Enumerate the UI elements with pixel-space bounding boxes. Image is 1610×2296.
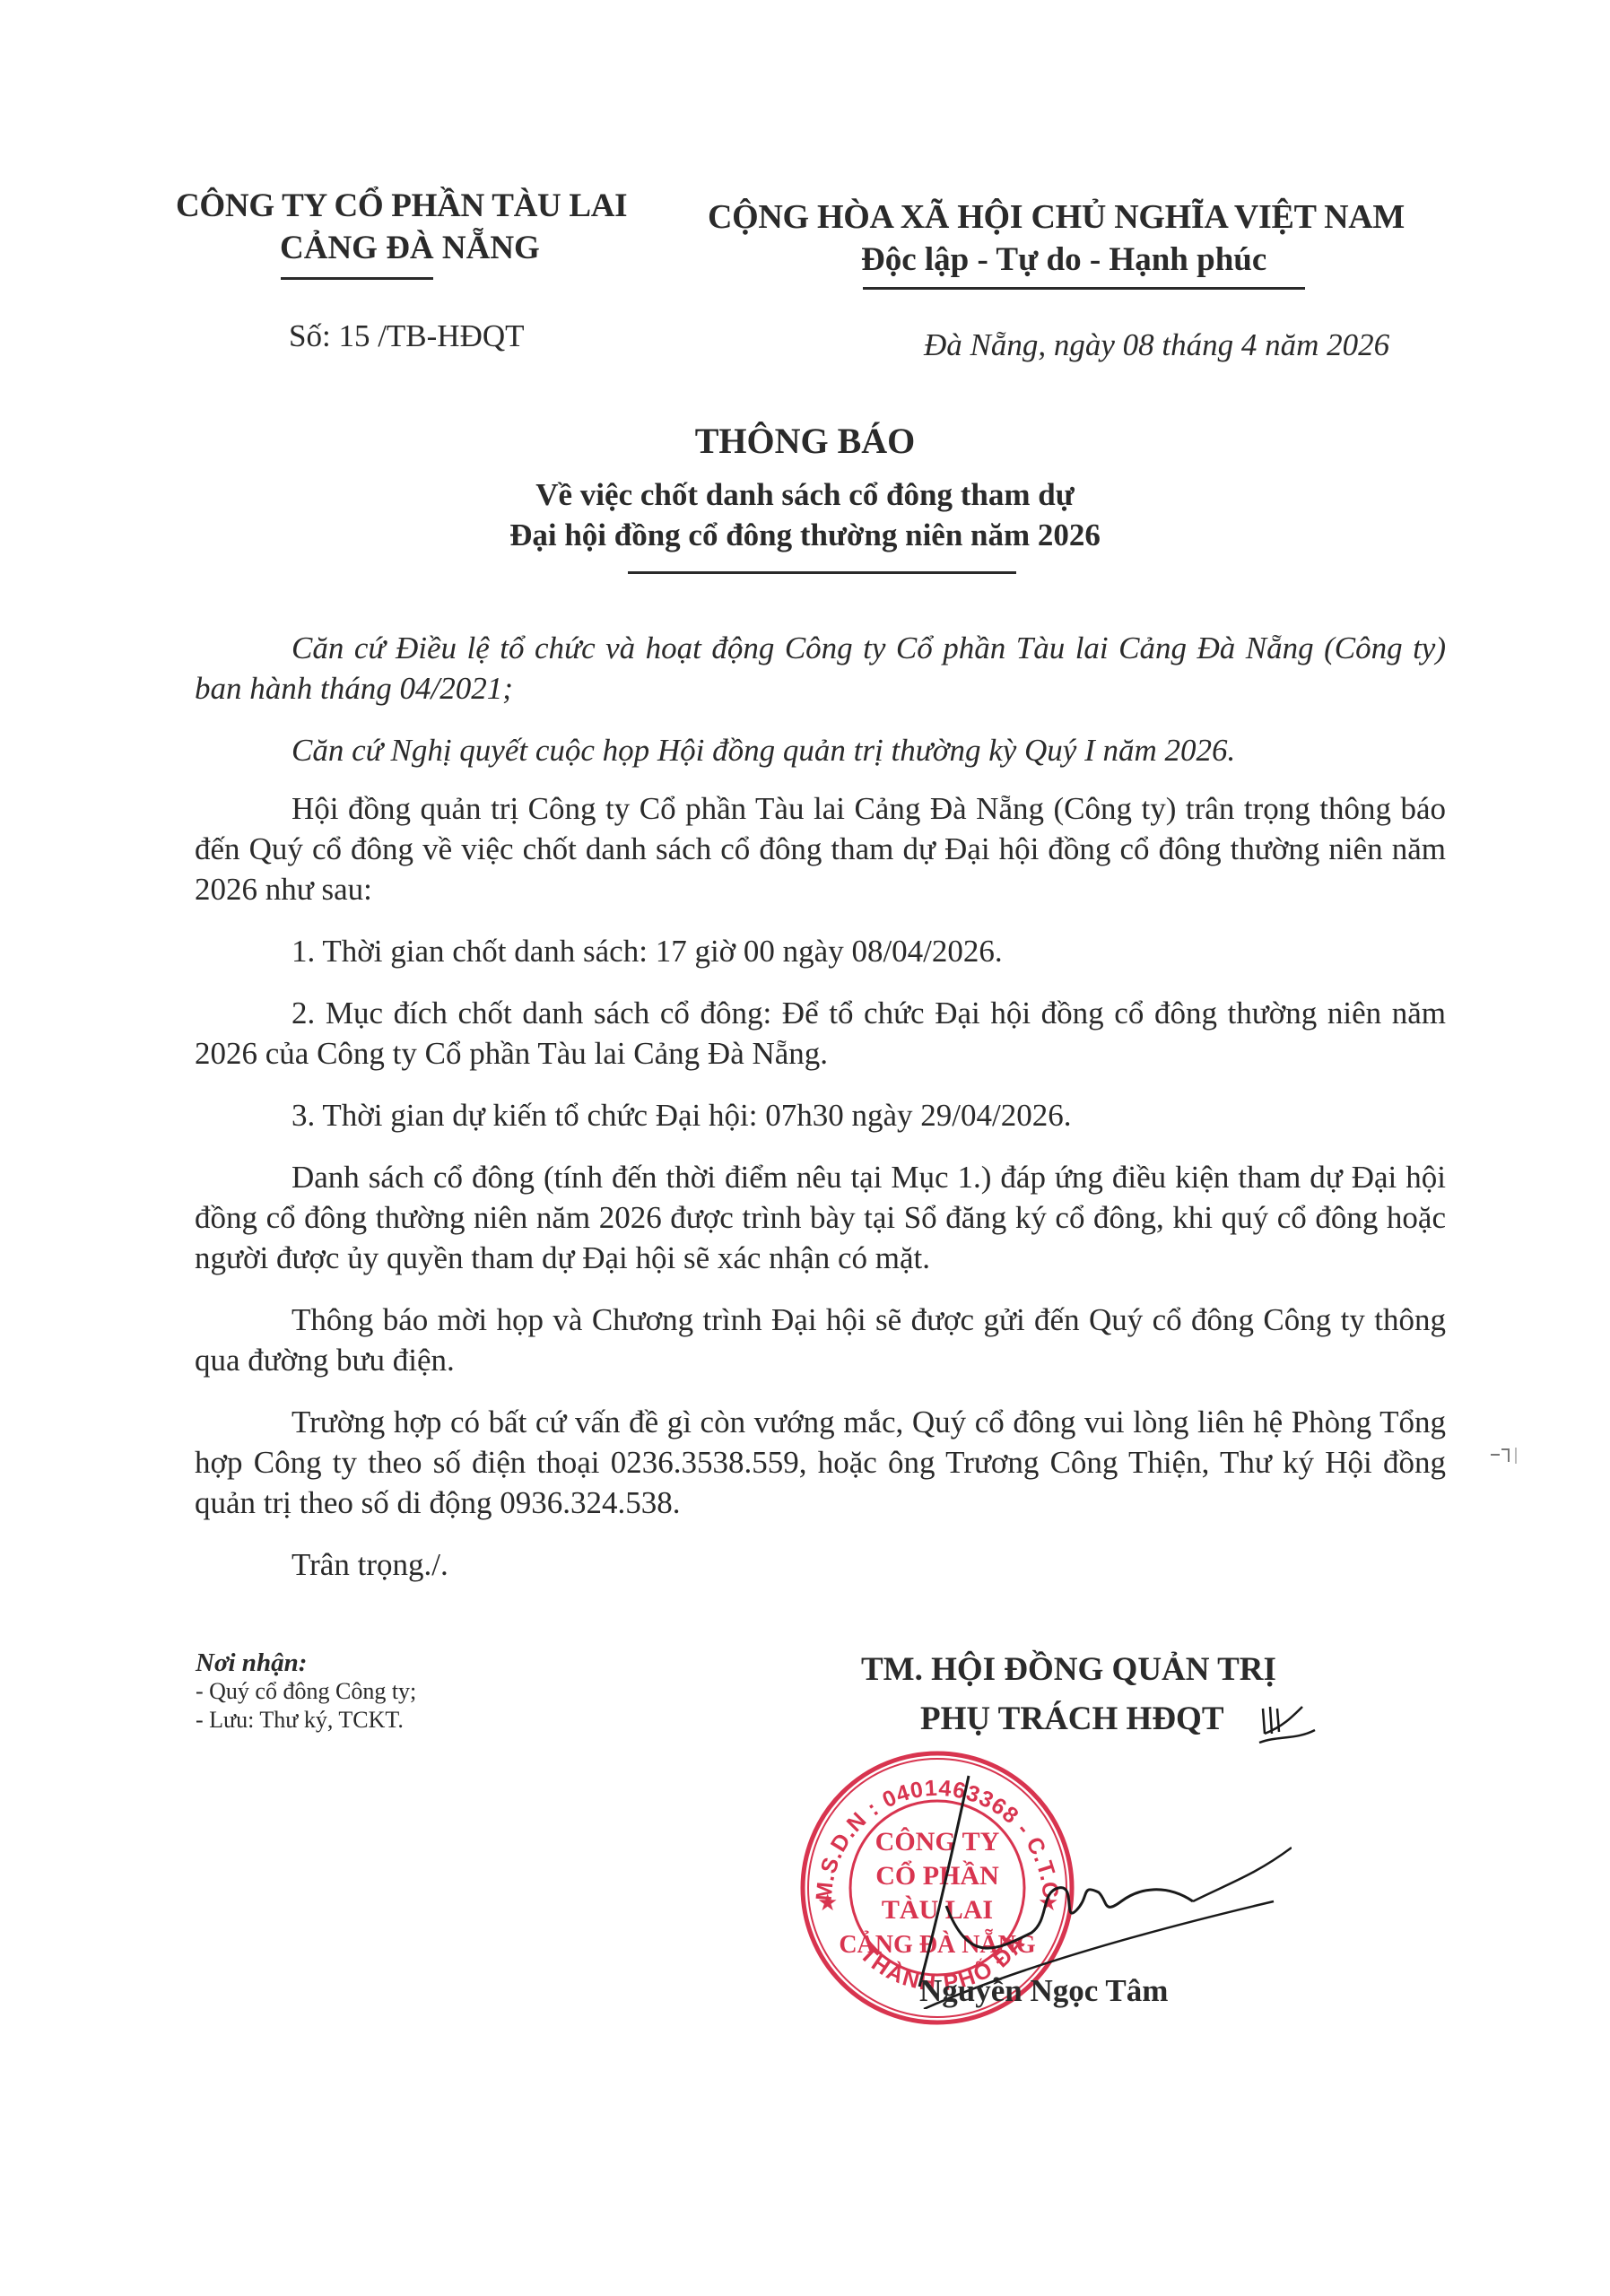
recipients-block: Nơi nhận: - Quý cổ đông Công ty; - Lưu: … [196,1648,416,1735]
intro-paragraph: Hội đồng quản trị Công ty Cổ phần Tàu la… [195,788,1446,909]
title-underline [628,571,1016,574]
legal-basis-1: Căn cứ Điều lệ tổ chức và hoạt động Công… [195,628,1446,709]
contact-info: Trường hợp có bất cứ vấn đề gì còn vướng… [195,1402,1446,1523]
signature-title-line2: PHỤ TRÁCH HĐQT [920,1700,1224,1738]
item-record-date: 1. Thời gian chốt danh sách: 17 giờ 00 n… [195,931,1446,971]
document-number: Số: 15 /TB-HĐQT [289,318,525,354]
document-subtitle-line2: Đại hội đồng cổ đông thường niên năm 202… [0,517,1610,553]
signer-name: Nguyễn Ngọc Tâm [919,1973,1168,2009]
recipient-item: - Lưu: Thư ký, TCKT. [196,1706,416,1735]
initials-mark [1256,1700,1318,1749]
company-underline [281,277,433,280]
document-subtitle-line1: Về việc chốt danh sách cổ đông tham dự [0,477,1610,513]
document-title: THÔNG BÁO [0,420,1610,462]
signature-title-line1: TM. HỘI ĐỒNG QUẢN TRỊ [861,1650,1276,1689]
scan-artifact [1489,1446,1525,1464]
national-title: CỘNG HÒA XÃ HỘI CHỦ NGHĨA VIỆT NAM [708,197,1405,237]
item-meeting-time: 3. Thời gian dự kiến tổ chức Đại hội: 07… [195,1095,1446,1135]
recipient-item: - Quý cổ đông Công ty; [196,1677,416,1706]
invitation-note: Thông báo mời họp và Chương trình Đại hộ… [195,1300,1446,1380]
handwritten-signature [897,1758,1292,2009]
item-purpose: 2. Mục đích chốt danh sách cổ đông: Để t… [195,993,1446,1074]
document-body: Căn cứ Điều lệ tổ chức và hoạt động Công… [195,628,1446,1606]
legal-basis-2: Căn cứ Nghị quyết cuộc họp Hội đồng quản… [195,730,1446,770]
company-name-line1: CÔNG TY CỔ PHẦN TÀU LAI [176,187,627,225]
motto-underline [863,287,1305,290]
national-motto: Độc lập - Tự do - Hạnh phúc [861,240,1266,279]
place-date: Đà Nẵng, ngày 08 tháng 4 năm 2026 [924,327,1389,363]
shareholder-list-note: Danh sách cổ đông (tính đến thời điểm nê… [195,1157,1446,1278]
closing: Trân trọng./. [195,1544,1446,1585]
star-icon: ★ [817,1890,838,1917]
company-name-line2: CẢNG ĐÀ NẴNG [280,229,540,267]
recipients-title: Nơi nhận: [196,1648,416,1677]
